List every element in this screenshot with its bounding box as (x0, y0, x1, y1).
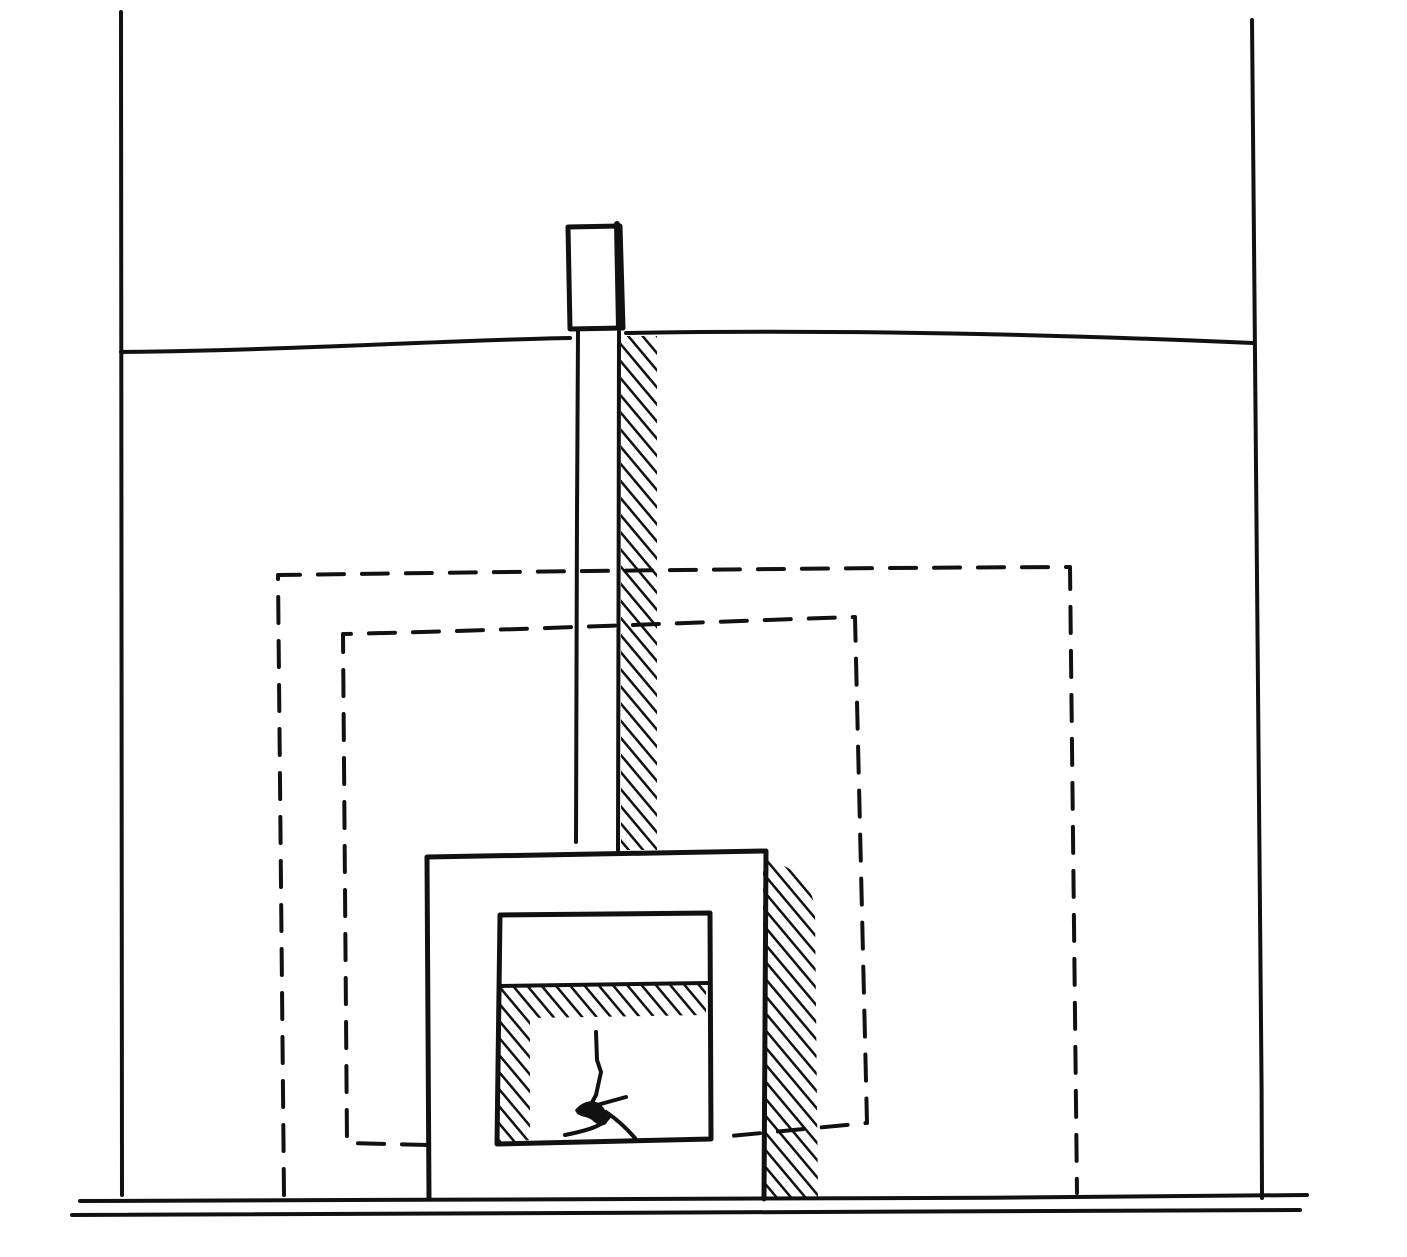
left-wall-line (121, 12, 122, 1195)
right-wall-line (1252, 20, 1262, 1198)
outer-clearance-zone (278, 567, 1077, 1195)
stove-side-shading (763, 858, 818, 1197)
floor-line-upper (80, 1195, 1307, 1201)
ceiling-line (121, 332, 1253, 352)
chimney-cap (568, 224, 623, 329)
stove-sketch-canvas (0, 0, 1407, 1257)
stove-body (427, 851, 766, 1199)
flue-pipe (576, 332, 657, 850)
floor-line-lower (72, 1210, 1300, 1215)
flame-sketch (565, 1032, 635, 1138)
